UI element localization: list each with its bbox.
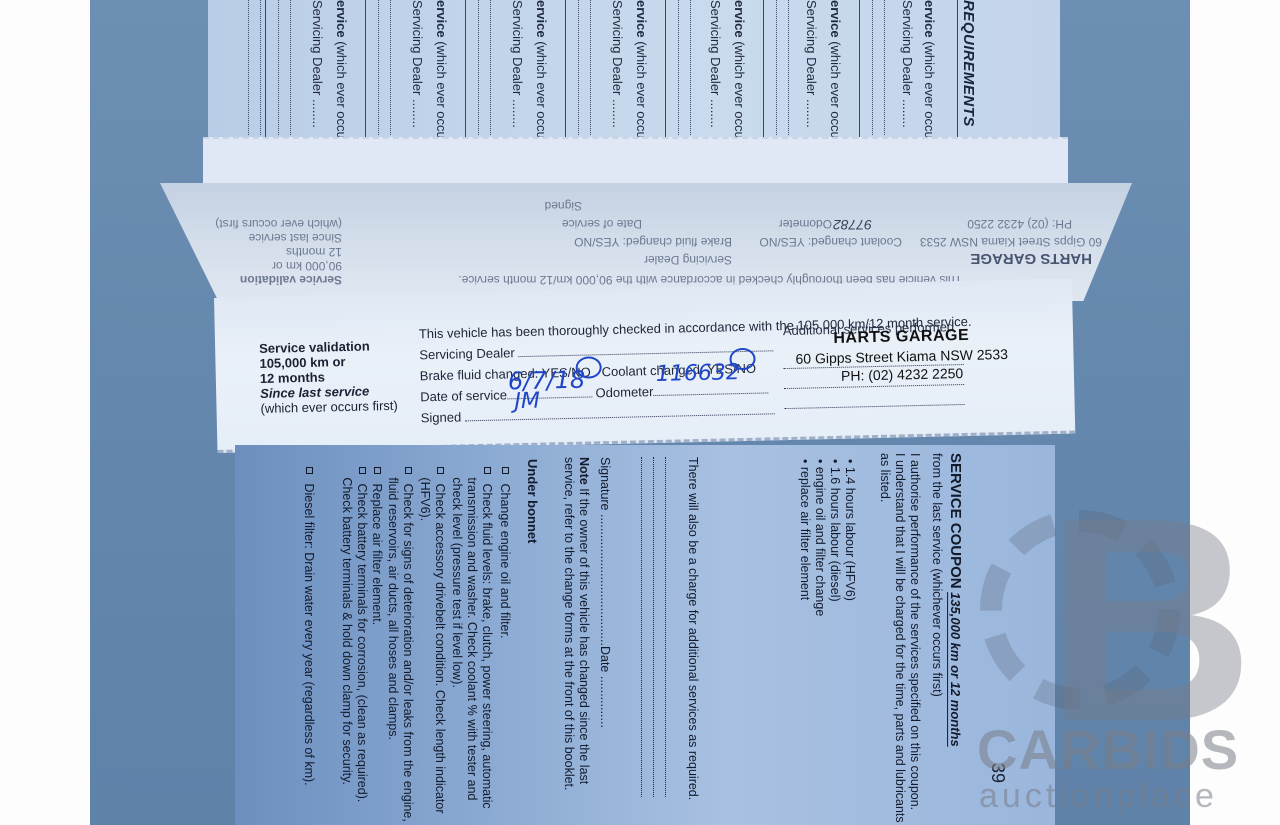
requirements-heading: REQUIREMENTS bbox=[960, 0, 977, 127]
right-margin bbox=[1190, 0, 1280, 825]
checkbox[interactable] bbox=[484, 467, 491, 474]
top-page-service-stubs: ervice (which ever occu Servicing Dealer… bbox=[208, 0, 1060, 140]
stub-column: ervice (which ever occu Servicing Dealer… bbox=[666, 0, 764, 140]
handwritten-odometer: 116632 bbox=[656, 360, 741, 387]
stub-column: ervice (which ever occu Servicing Dealer… bbox=[860, 0, 958, 140]
checklist-item: Check battery terminals for corrosion, (… bbox=[339, 467, 369, 802]
page-number: 39 bbox=[987, 763, 1008, 783]
interval-label: Service validation 105,000 km or 12 mont… bbox=[259, 338, 398, 416]
stub-column: ervice (which ever occu Servicing Dealer… bbox=[566, 0, 666, 140]
left-margin bbox=[0, 0, 90, 825]
coupon-subtitle: from the last service (whichever occurs … bbox=[929, 453, 944, 697]
checkbox[interactable] bbox=[306, 467, 313, 474]
checklist-item: Check for signs of deterioration and/or … bbox=[385, 467, 415, 822]
garage-stamp: HARTS GARAGE 60 Gipps Street Kiama NSW 2… bbox=[795, 326, 1009, 385]
service-validation-coupon: Service validation 105,000 km or 12 mont… bbox=[214, 279, 1075, 453]
coupon-heading: SERVICE COUPON 135,000 km or 12 months bbox=[947, 453, 963, 747]
checkbox[interactable] bbox=[374, 467, 381, 474]
service-coupon-page: SERVICE COUPON 135,000 km or 12 months f… bbox=[235, 445, 1055, 825]
checklist-item: Replace air filter element. bbox=[369, 467, 384, 625]
checkbox[interactable] bbox=[405, 467, 412, 474]
stub-column bbox=[208, 0, 266, 140]
checkbox[interactable] bbox=[359, 467, 366, 474]
perforated-strip bbox=[203, 137, 1068, 189]
stub-column: ervice (which ever occu Servicing Dealer… bbox=[764, 0, 860, 140]
checklist-item: Change engine oil and filter. bbox=[497, 467, 512, 638]
stub-column: ervice (which ever occu Servicing Dealer… bbox=[366, 0, 466, 140]
checklist-item: Diesel filter: Drain water every year (r… bbox=[301, 467, 316, 786]
checklist-item: Check fluid levels: brake, clutch, power… bbox=[449, 467, 494, 809]
additional-charge-text: There will also be a charge for addition… bbox=[685, 457, 700, 800]
authorisation-text: I authorise performance of the services … bbox=[877, 453, 922, 823]
stub-column: ervice (which ever occu Servicing Dealer… bbox=[466, 0, 566, 140]
checklist-item: Check accessory drivebelt condition. Che… bbox=[417, 467, 447, 814]
checkbox[interactable] bbox=[502, 467, 509, 474]
ownership-note: Note If the owner of this vehicle has ch… bbox=[561, 457, 591, 791]
labour-bullets: • 1.4 hours labour (HFV6) • 1.6 hours la… bbox=[797, 459, 857, 616]
stub-column: ervice (which ever occu Servicing Dealer… bbox=[266, 0, 366, 140]
checkbox[interactable] bbox=[437, 467, 444, 474]
under-bonnet-heading: Under bonnet bbox=[525, 459, 540, 544]
handwritten-signature: JM bbox=[514, 389, 540, 415]
signature-date-field: Signature ..............................… bbox=[597, 457, 612, 728]
